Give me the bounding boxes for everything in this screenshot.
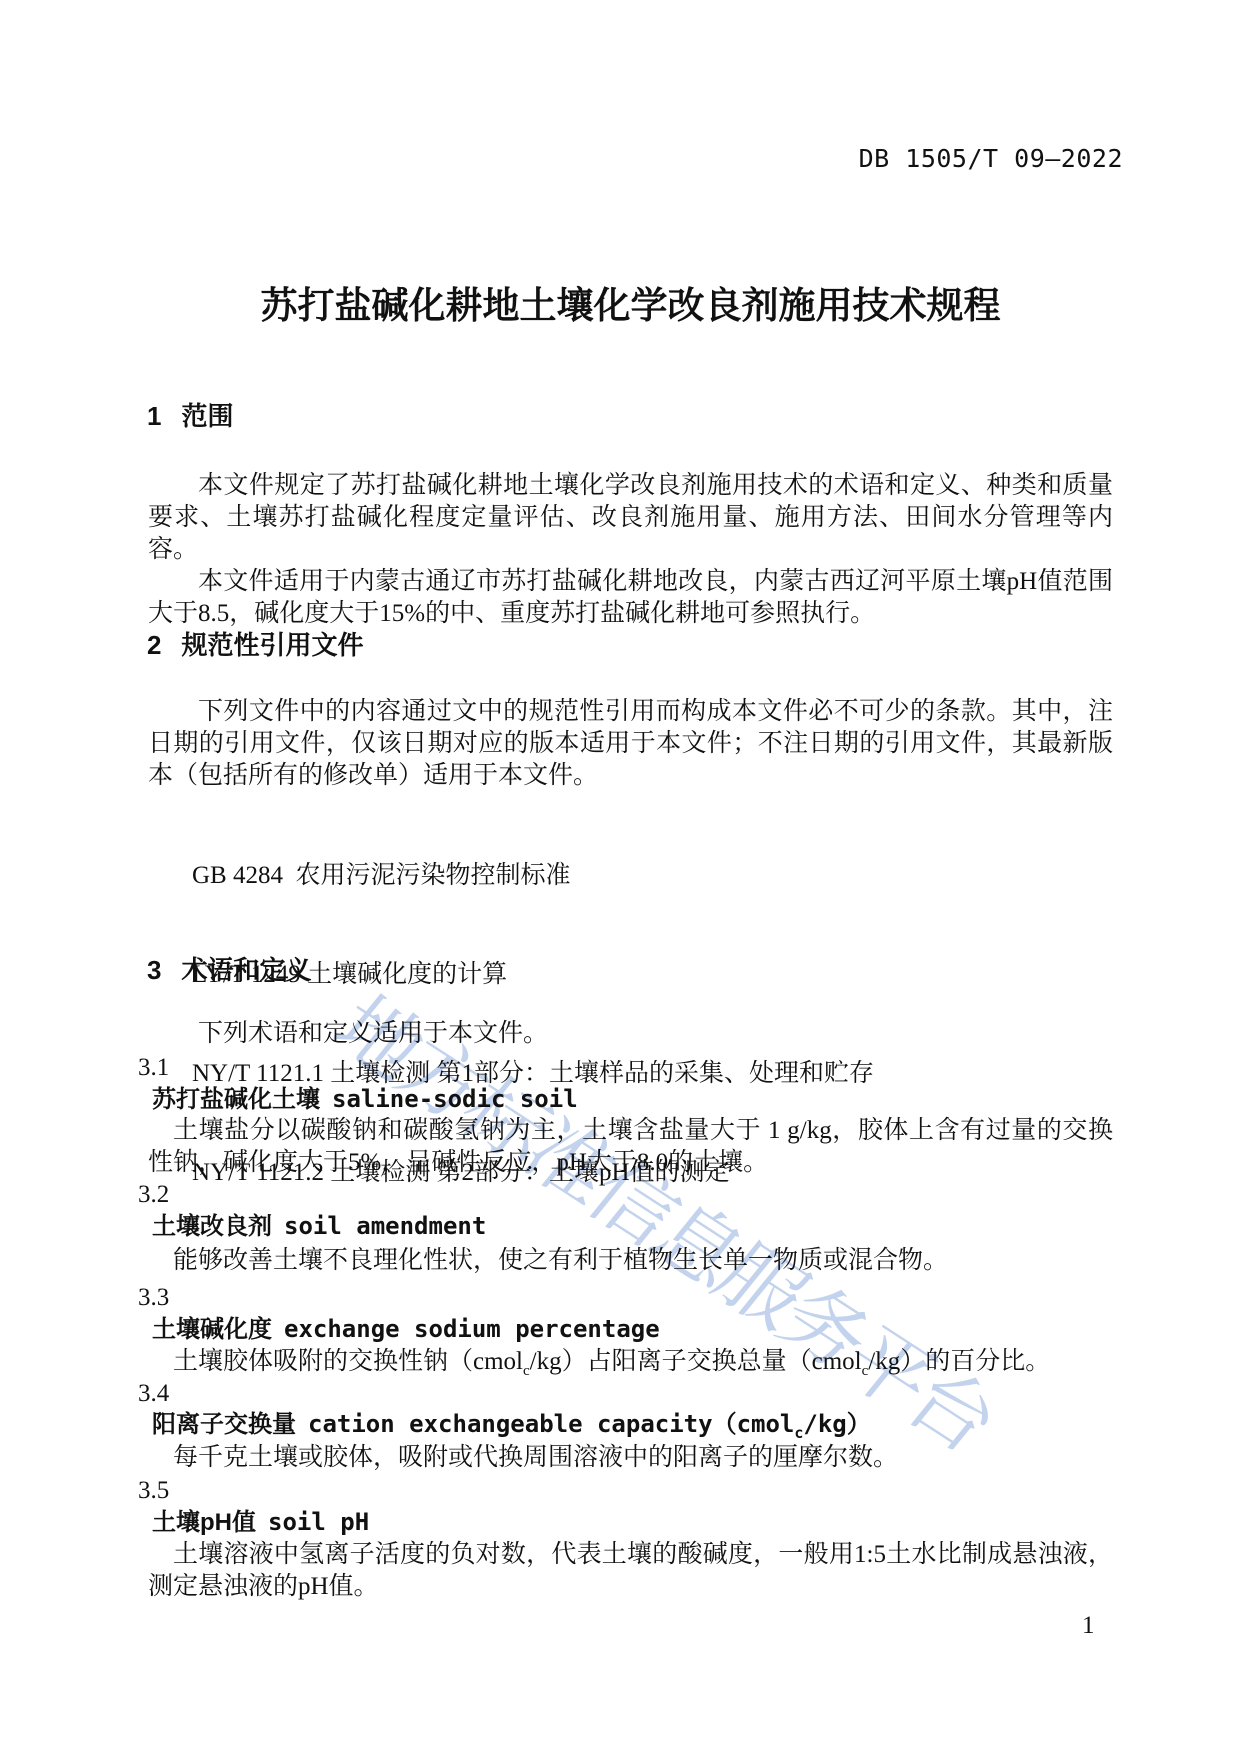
term-en-segment: cation exchangeable capacity（cmol bbox=[308, 1410, 794, 1438]
paragraph: 下列文件中的内容通过文中的规范性引用而构成本文件必不可少的条款。其中，注日期的引… bbox=[148, 696, 1113, 792]
standard-code: DB 1505/T 09—2022 bbox=[859, 144, 1123, 173]
definition-segment: 土壤胶体吸附的交换性钠（cmol bbox=[173, 1348, 523, 1375]
page-content: DB 1505/T 09—2022 苏打盐碱化耕地土壤化学改良剂施用技术规程 1… bbox=[0, 0, 1241, 1754]
term-definition: 土壤盐分以碳酸钠和碳酸氢钠为主，土壤含盐量大于 1 g/kg，胶体上含有过量的交… bbox=[148, 1115, 1113, 1179]
term-name-en: exchange sodium percentage bbox=[284, 1315, 660, 1343]
term-name-zh: 土壤pH值 bbox=[152, 1509, 256, 1536]
term-name: 土壤碱化度exchange sodium percentage bbox=[152, 1315, 660, 1344]
term-name: 土壤改良剂soil amendment bbox=[152, 1212, 486, 1241]
section-3-number: 3 bbox=[147, 955, 161, 985]
term-definition: 每千克土壤或胶体，吸附或代换周围溶液中的阳离子的厘摩尔数。 bbox=[148, 1442, 1113, 1474]
section-1-title: 范围 bbox=[181, 401, 233, 431]
term-definition: 能够改善土壤不良理化性状，使之有利于植物生长单一物质或混合物。 bbox=[148, 1245, 1113, 1277]
terms-intro: 下列术语和定义适用于本文件。 bbox=[148, 1018, 1113, 1050]
definition-segment: /kg）的百分比。 bbox=[868, 1348, 1050, 1375]
section-2-body: 下列文件中的内容通过文中的规范性引用而构成本文件必不可少的条款。其中，注日期的引… bbox=[148, 696, 1113, 792]
section-2-number: 2 bbox=[147, 630, 161, 660]
section-1-heading: 1范围 bbox=[147, 401, 233, 431]
term-name-zh: 苏打盐碱化土壤 bbox=[152, 1086, 320, 1113]
section-3-title: 术语和定义 bbox=[181, 955, 311, 985]
term-name-en: soil amendment bbox=[284, 1212, 486, 1240]
section-1-number: 1 bbox=[147, 401, 161, 431]
term-name-en: soil pH bbox=[268, 1508, 369, 1536]
term-name-en: saline-sodic soil bbox=[332, 1085, 578, 1113]
term-definition: 土壤溶液中氢离子活度的负对数，代表土壤的酸碱度，一般用1:5土水比制成悬浊液，测… bbox=[148, 1539, 1113, 1603]
section-1-body: 本文件规定了苏打盐碱化耕地土壤化学改良剂施用技术的术语和定义、种类和质量要求、土… bbox=[148, 470, 1113, 630]
section-3-heading: 3术语和定义 bbox=[147, 955, 311, 985]
term-name: 苏打盐碱化土壤saline-sodic soil bbox=[152, 1085, 578, 1114]
term-name: 土壤pH值soil pH bbox=[152, 1508, 369, 1537]
section-2-heading: 2规范性引用文件 bbox=[147, 630, 363, 660]
document-title: 苏打盐碱化耕地土壤化学改良剂施用技术规程 bbox=[148, 286, 1113, 326]
term-name-en: cation exchangeable capacity（cmolc/kg） bbox=[308, 1410, 871, 1438]
subscript-c: c bbox=[523, 1363, 530, 1379]
term-definition: 土壤胶体吸附的交换性钠（cmolc/kg）占阳离子交换总量（cmolc/kg）的… bbox=[148, 1346, 1113, 1387]
term-name-zh: 土壤碱化度 bbox=[152, 1316, 272, 1343]
page-number: 1 bbox=[1082, 1612, 1095, 1640]
term-name-zh: 土壤改良剂 bbox=[152, 1213, 272, 1240]
reference-item: GB 4284 农用污泥污染物控制标准 bbox=[192, 859, 874, 892]
paragraph: 本文件适用于内蒙古通辽市苏打盐碱化耕地改良，内蒙古西辽河平原土壤pH值范围大于8… bbox=[148, 566, 1113, 630]
term-en-segment: /kg） bbox=[803, 1410, 870, 1438]
clause-number: 3.3 bbox=[138, 1284, 169, 1312]
term-name-zh: 阳离子交换量 bbox=[152, 1411, 296, 1438]
clause-number: 3.1 bbox=[138, 1054, 169, 1082]
paragraph: 本文件规定了苏打盐碱化耕地土壤化学改良剂施用技术的术语和定义、种类和质量要求、土… bbox=[148, 470, 1113, 566]
document-page: 地方标准信息服务平台 DB 1505/T 09—2022 苏打盐碱化耕地土壤化学… bbox=[0, 0, 1241, 1754]
clause-number: 3.5 bbox=[138, 1477, 169, 1505]
section-2-title: 规范性引用文件 bbox=[181, 630, 363, 660]
clause-number: 3.2 bbox=[138, 1181, 169, 1209]
clause-number: 3.4 bbox=[138, 1380, 169, 1408]
definition-segment: /kg）占阳离子交换总量（cmol bbox=[530, 1348, 862, 1375]
